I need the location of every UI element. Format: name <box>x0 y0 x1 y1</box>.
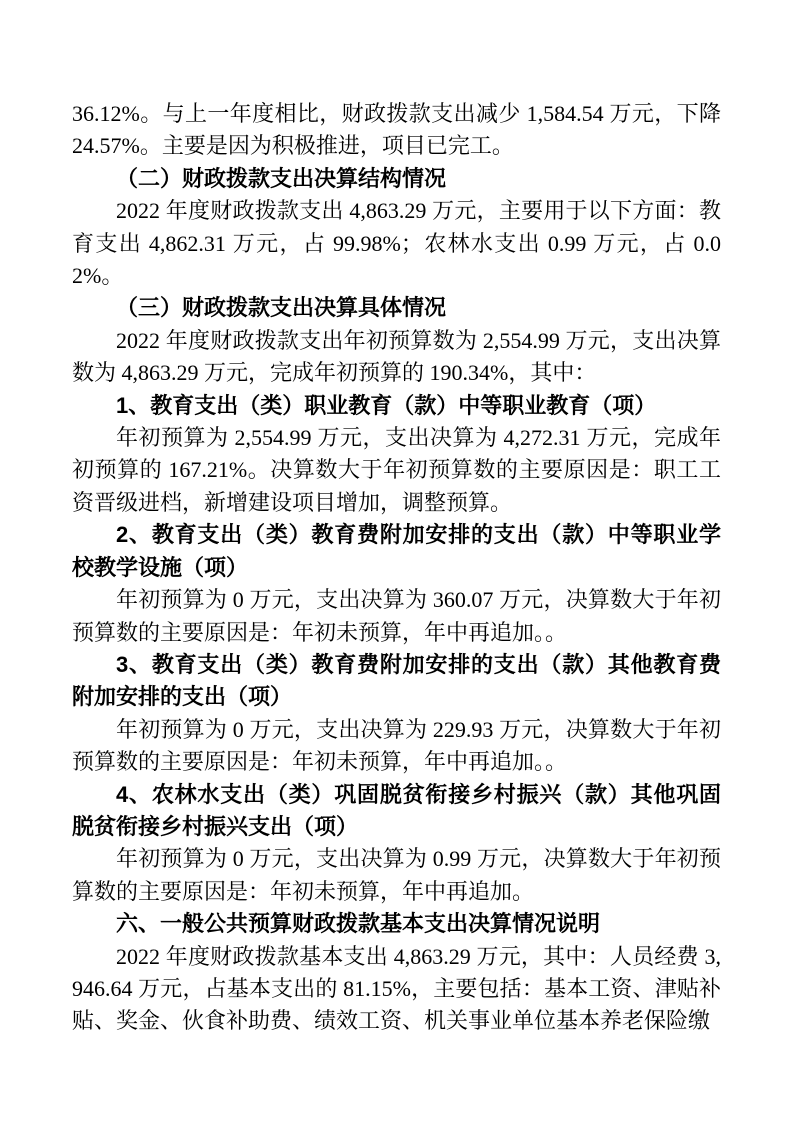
paragraph: 年初预算为 0 万元，支出决算为 229.93 万元，决算数大于年初预算数的主要… <box>72 714 721 779</box>
paragraph: 36.12%。与上一年度相比，财政拨款支出减少 1,584.54 万元，下降 2… <box>72 98 721 163</box>
paragraph: 年初预算为 0 万元，支出决算为 360.07 万元，决算数大于年初预算数的主要… <box>72 584 721 649</box>
section-heading: 3、教育支出（类）教育费附加安排的支出（款）其他教育费附加安排的支出（项） <box>72 649 721 714</box>
section-heading: 六、一般公共预算财政拨款基本支出决算情况说明 <box>72 908 721 940</box>
section-heading: 4、农林水支出（类）巩固脱贫衔接乡村振兴（款）其他巩固脱贫衔接乡村振兴支出（项） <box>72 779 721 844</box>
paragraph: 2022 年度财政拨款支出年初预算数为 2,554.99 万元，支出决算数为 4… <box>72 325 721 390</box>
paragraph: 2022 年度财政拨款基本支出 4,863.29 万元，其中：人员经费 3,94… <box>72 941 721 1038</box>
section-heading: 1、教育支出（类）职业教育（款）中等职业教育（项） <box>72 390 721 422</box>
section-heading: 2、教育支出（类）教育费附加安排的支出（款）中等职业学校教学设施（项） <box>72 519 721 584</box>
paragraph: 年初预算为 2,554.99 万元，支出决算为 4,272.31 万元，完成年初… <box>72 422 721 519</box>
document-page: 36.12%。与上一年度相比，财政拨款支出减少 1,584.54 万元，下降 2… <box>0 0 793 1122</box>
document-body: 36.12%。与上一年度相比，财政拨款支出减少 1,584.54 万元，下降 2… <box>72 98 721 1038</box>
section-heading: （三）财政拨款支出决算具体情况 <box>72 292 721 324</box>
section-heading: （二）财政拨款支出决算结构情况 <box>72 163 721 195</box>
paragraph: 2022 年度财政拨款支出 4,863.29 万元，主要用于以下方面：教育支出 … <box>72 195 721 292</box>
paragraph: 年初预算为 0 万元，支出决算为 0.99 万元，决算数大于年初预算数的主要原因… <box>72 843 721 908</box>
